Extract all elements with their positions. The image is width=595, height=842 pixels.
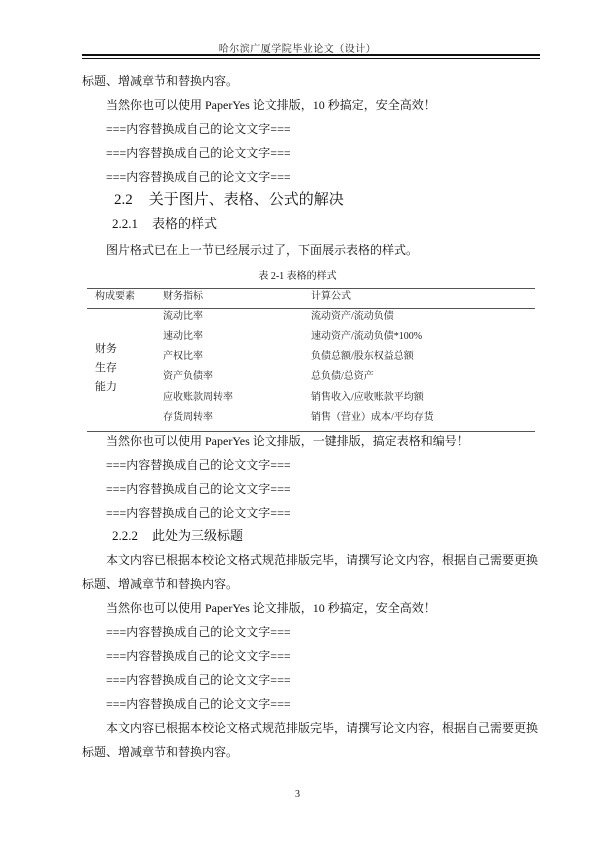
table-cell-formula: 负债总额/股东权益总额 — [311, 351, 414, 363]
table-cell-indicator: 存货周转率 — [163, 412, 213, 424]
table-cell-indicator: 流动比率 — [163, 311, 203, 323]
table-cell-formula: 销售（营业）成本/平均存货 — [311, 412, 434, 424]
paragraph-line: ===内容替换成自己的论文文字=== — [106, 649, 291, 663]
paragraph-line: ===内容替换成自己的论文文字=== — [106, 625, 291, 639]
paragraph-line: ===内容替换成自己的论文文字=== — [106, 506, 291, 520]
table-cell-indicator: 速动比率 — [163, 331, 203, 343]
table-group-label: 能力 — [95, 381, 117, 393]
table-group-label: 财务 — [95, 343, 117, 355]
section-title: 表格的样式 — [152, 217, 217, 232]
paragraph-line: ===内容替换成自己的论文文字=== — [106, 673, 291, 687]
paragraph-line: ===内容替换成自己的论文文字=== — [106, 482, 291, 496]
table-header-rule — [87, 308, 535, 309]
page-number: 3 — [0, 789, 595, 800]
table-caption: 表 2-1 表格的样式 — [0, 267, 595, 282]
section-number: 2.2.2 — [112, 528, 138, 543]
paragraph-line: 本文内容已根据本校论文格式规范排版完毕，请撰写论文内容，根据自己需要更换 — [106, 553, 538, 567]
table-cell-indicator: 应收账款周转率 — [163, 392, 233, 404]
paragraph-line: 标题、增减章节和替换内容。 — [82, 577, 238, 591]
table-cell-indicator: 资产负债率 — [163, 371, 213, 383]
table-cell-formula: 总负债/总资产 — [311, 371, 374, 383]
table-cell-indicator: 产权比率 — [163, 351, 203, 363]
running-header: 哈尔滨广厦学院毕业论文（设计） — [0, 40, 595, 55]
table-header-cell: 计算公式 — [311, 291, 351, 303]
paragraph-line: 当然你也可以使用 PaperYes 论文排版，一键排版，搞定表格和编号！ — [106, 434, 469, 448]
table-cell-formula: 销售收入/应收账款平均额 — [311, 392, 424, 404]
section-heading-2-2-1: 2.2.1表格的样式 — [112, 216, 217, 233]
paragraph-line: ===内容替换成自己的论文文字=== — [106, 458, 291, 472]
paragraph-line: ===内容替换成自己的论文文字=== — [106, 170, 291, 184]
section-heading-2-2-2: 2.2.2此处为三级标题 — [112, 528, 243, 545]
section-heading-2-2: 2.2关于图片、表格、公式的解决 — [114, 190, 344, 209]
section-title: 关于图片、表格、公式的解决 — [149, 190, 344, 208]
table-top-rule — [87, 288, 535, 289]
paragraph-line: 本文内容已根据本校论文格式规范排版完毕，请撰写论文内容，根据自己需要更换 — [106, 721, 538, 735]
paragraph-line: ===内容替换成自己的论文文字=== — [106, 146, 291, 160]
paragraph-line: 当然你也可以使用 PaperYes 论文排版，10 秒搞定，安全高效！ — [106, 601, 436, 615]
paragraph-line: 标题、增减章节和替换内容。 — [82, 74, 238, 88]
header-rule-thick — [82, 54, 540, 56]
table-cell-formula: 速动资产/流动负债*100% — [311, 331, 422, 343]
paragraph-line: 当然你也可以使用 PaperYes 论文排版，10 秒搞定，安全高效！ — [106, 98, 436, 112]
table-header-cell: 财务指标 — [163, 291, 203, 303]
section-number: 2.2 — [114, 192, 133, 208]
table-bottom-rule — [87, 431, 535, 432]
paragraph-line: ===内容替换成自己的论文文字=== — [106, 122, 291, 136]
intro-paragraph: 图片格式已在上一节已经展示过了，下面展示表格的样式。 — [106, 243, 418, 257]
table-header-cell: 构成要素 — [95, 291, 135, 303]
table-cell-formula: 流动资产/流动负债 — [311, 311, 394, 323]
header-rule-thin — [82, 58, 540, 59]
paragraph-line: ===内容替换成自己的论文文字=== — [106, 697, 291, 711]
section-title: 此处为三级标题 — [152, 529, 243, 544]
table-group-label: 生存 — [95, 362, 117, 374]
section-number: 2.2.1 — [112, 216, 138, 231]
paragraph-line: 标题、增减章节和替换内容。 — [82, 745, 238, 759]
